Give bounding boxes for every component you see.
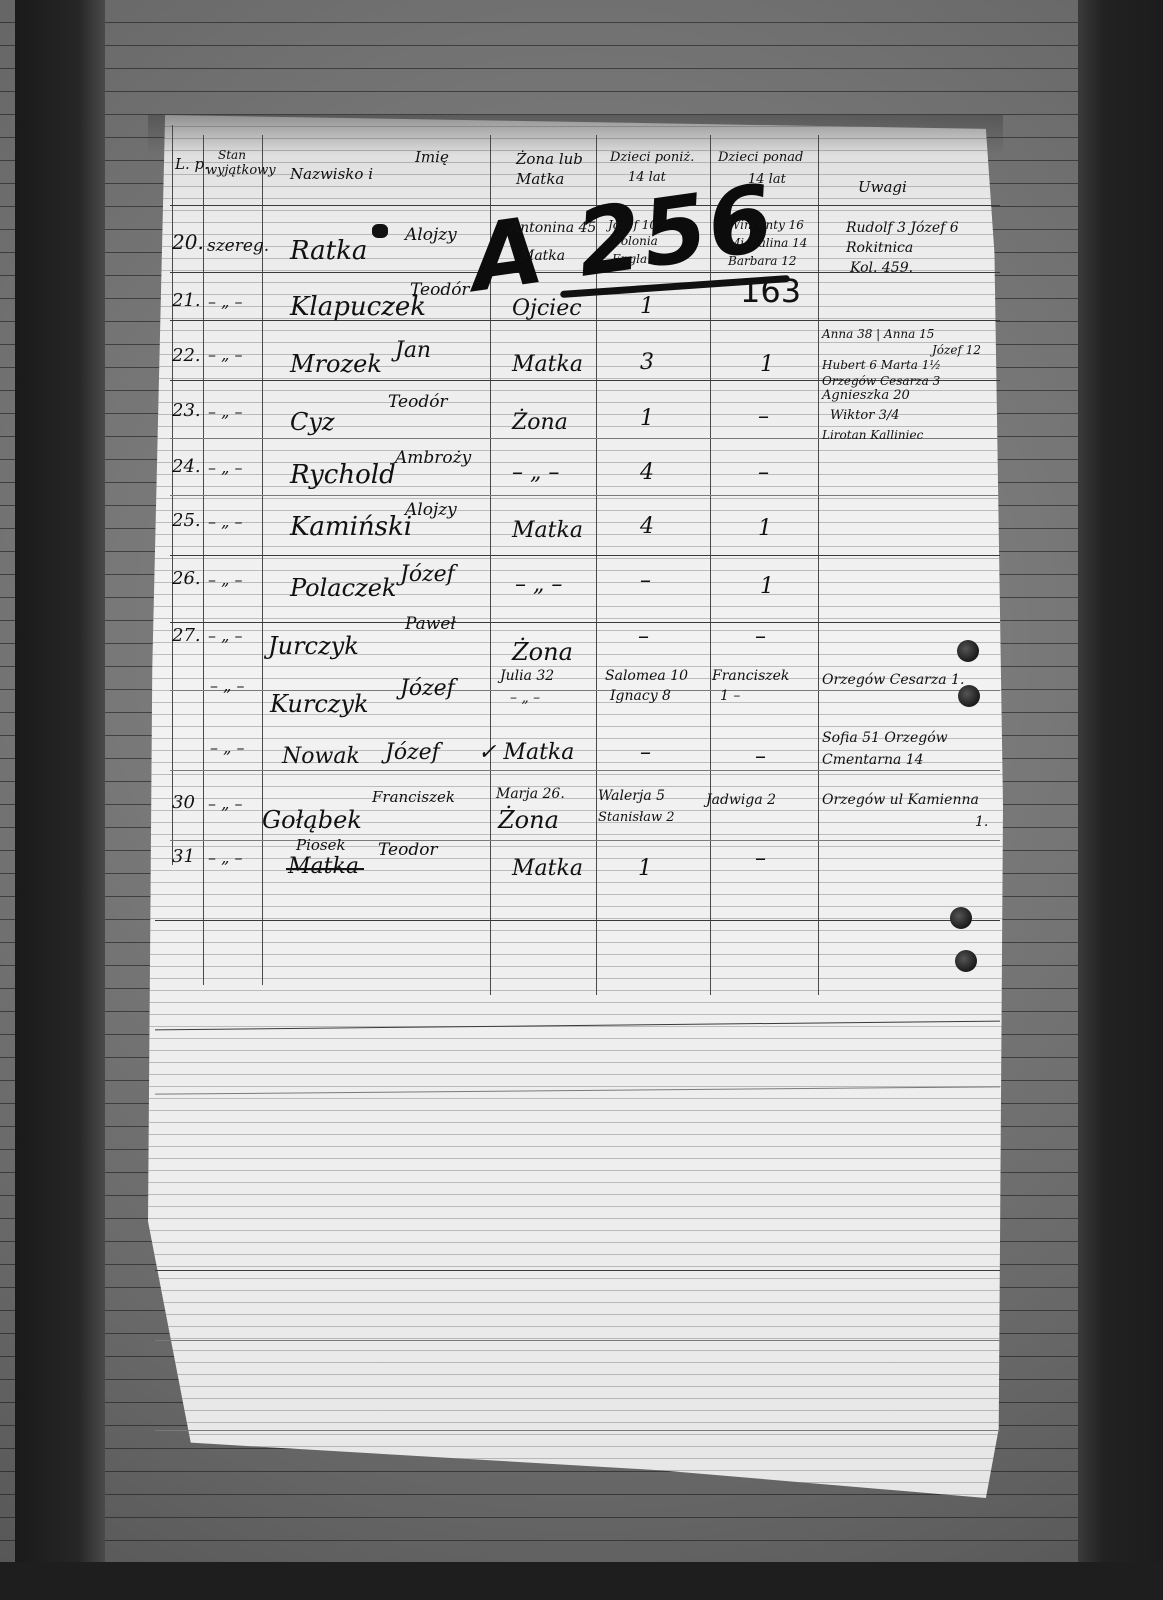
row-given: Alojzy [405, 500, 457, 520]
row-children-under: 1 [638, 856, 652, 881]
row-children-over: – [755, 846, 766, 871]
row-remarks: 1. [975, 814, 988, 830]
header-given: Imię [415, 148, 449, 166]
row-no: 20. [172, 230, 204, 254]
row-children-over: Michalina 14 [728, 236, 807, 250]
row-surname-struck: Matka [288, 854, 359, 879]
row-children-over: Wincenty 16 [728, 218, 804, 232]
row-no: 24. [172, 456, 201, 477]
row-children-under: 1 [640, 406, 654, 431]
row-status: – „ – [208, 570, 242, 589]
row-status: szereg. [207, 236, 269, 256]
header-no: L. p. [175, 155, 209, 173]
punch-hole [958, 685, 980, 707]
row-remarks: Wiktor 3/4 [830, 408, 900, 423]
row-given: Józef [400, 676, 455, 701]
row-no: 27. [172, 625, 201, 646]
row-remarks: Orzegów Cesarza 3 [822, 374, 940, 388]
row-status: – „ – [208, 458, 242, 477]
scan-shadow-right [1078, 0, 1163, 1600]
header-wife-top: Żona lub [516, 150, 583, 168]
row-rule [155, 1430, 1000, 1431]
row-surname: Rychold [290, 460, 396, 490]
column-rule [818, 135, 819, 995]
row-given: Józef [385, 740, 440, 765]
row-children-over: – [758, 460, 769, 485]
row-status: – „ – [208, 794, 242, 813]
row-children-under: Ignacy 8 [610, 688, 671, 704]
row-surname: Mrozek [290, 350, 382, 378]
row-children-under: – [638, 624, 649, 649]
header-surname: Nazwisko i [290, 165, 373, 183]
row-surname: Cyz [290, 408, 335, 436]
row-no: 23. [172, 400, 201, 421]
punch-hole [950, 907, 972, 929]
row-rule [170, 840, 1000, 841]
row-children-over: 1 [760, 574, 774, 599]
row-children-over: Franciszek [712, 668, 789, 684]
row-children-over: Barbara 12 [728, 254, 797, 268]
row-no: 22. [172, 345, 201, 366]
ink-blot [372, 224, 388, 238]
row-rule [170, 770, 1000, 771]
row-wife: Matka [520, 248, 565, 264]
row-rule [155, 1270, 1000, 1271]
row-children-under: Engla 5 [612, 252, 659, 266]
row-children-over: – [758, 404, 769, 429]
row-children-over: 1 – [720, 688, 740, 704]
row-status: – „ – [208, 402, 242, 421]
row-children-over: – [755, 624, 766, 649]
row-children-over: 1 [758, 516, 772, 541]
row-surname: Polaczek [290, 574, 396, 602]
row-remarks: Orzegów Cesarza 1. [822, 672, 964, 688]
row-children-under: 4 [640, 514, 654, 539]
row-status: – „ – [210, 738, 244, 757]
row-remarks: Sofia 51 Orzegów [822, 730, 948, 746]
row-wife: Żona [512, 638, 573, 666]
row-status: – „ – [210, 676, 244, 695]
row-surname: Piosek [296, 836, 346, 854]
row-children-under: Stanisław 2 [598, 810, 675, 825]
row-no: 31 [172, 846, 195, 867]
punch-hole [957, 640, 979, 662]
row-surname: Kurczyk [270, 690, 369, 718]
header-under-top: Dzieci poniż. [610, 150, 694, 165]
row-children-under: Salomea 10 [605, 668, 688, 684]
row-wife: Matka [512, 856, 583, 881]
row-surname: Ratka [290, 236, 367, 266]
row-no: 26. [172, 568, 201, 589]
row-no: 21. [172, 290, 201, 311]
row-given: Ambroży [395, 448, 471, 468]
row-children-under: 3 [640, 350, 654, 375]
row-rule [170, 495, 1000, 496]
row-remarks: Orzegów ul Kamienna [822, 792, 979, 808]
row-surname: Gołąbek [262, 806, 362, 834]
row-children-under: – [640, 740, 651, 765]
row-status: – „ – [208, 292, 242, 311]
row-status: – „ – [208, 626, 242, 645]
row-remarks: Józef 12 [932, 343, 981, 357]
row-remarks: Cmentarna 14 [822, 752, 924, 768]
row-surname: Nowak [282, 744, 360, 769]
row-wife: – „ – [510, 690, 540, 706]
header-status-top: Stan [218, 148, 246, 162]
row-wife: Matka [512, 518, 583, 543]
row-remarks: Rudolf 3 Józef 6 [846, 220, 959, 236]
column-rule [262, 135, 263, 985]
row-rule [155, 1340, 1000, 1341]
row-given: Alojzy [405, 225, 457, 245]
row-wife: Julia 32 [500, 668, 554, 684]
row-given: Teodór [410, 280, 470, 300]
row-wife: Matka [512, 352, 583, 377]
row-given: Jan [395, 338, 431, 363]
row-wife: – „ – [515, 572, 562, 597]
row-children-under: Walerja 5 [598, 788, 665, 804]
row-children-under: 4 [640, 460, 654, 485]
row-wife: Żona [498, 806, 559, 834]
row-surname: Kamiński [290, 512, 412, 542]
row-wife: ✓ Matka [478, 740, 574, 765]
page-number: 163 [740, 272, 801, 310]
row-status: – „ – [208, 512, 242, 531]
row-status: – „ – [208, 345, 242, 364]
row-given: Józef [400, 562, 455, 587]
row-wife: Żona [512, 410, 568, 435]
scan-shadow-left [15, 0, 105, 1600]
row-given: Teodór [388, 392, 448, 412]
row-wife: Antonina 45 [510, 220, 596, 236]
row-children-under: – [640, 568, 651, 593]
row-children-over: 1 [760, 352, 774, 377]
paper-fold-shadow [148, 115, 1003, 155]
header-over-top: Dzieci ponad [718, 150, 803, 165]
row-surname: Klapuczek [290, 292, 426, 322]
row-remarks: Kol. 459. [850, 260, 913, 276]
row-status: – „ – [208, 848, 242, 867]
row-wife: Ojciec [512, 296, 582, 321]
row-children-under: Bolonia [612, 234, 658, 248]
scan-shadow-bottom [0, 1562, 1163, 1600]
row-given: Paweł [405, 614, 456, 634]
header-wife-bottom: Matka [516, 170, 564, 188]
row-children-under: Józef 10 [608, 218, 657, 232]
row-children-over: – [755, 744, 766, 769]
row-remarks: Lirotan Kalliniec [822, 428, 923, 442]
row-remarks: Rokitnica [846, 240, 913, 256]
row-given: Teodor [378, 840, 438, 860]
row-children-over: Jadwiga 2 [706, 792, 776, 808]
header-status-bottom: wyjątkowy [206, 163, 276, 178]
header-remarks: Uwagi [858, 178, 907, 196]
column-rule [203, 135, 204, 985]
row-rule [170, 622, 1000, 623]
row-wife: – „ – [512, 460, 559, 485]
row-no: 30 [172, 792, 195, 813]
row-wife: Marja 26. [496, 786, 565, 802]
row-remarks: Hubert 6 Marta 1½ [822, 358, 941, 372]
row-rule [170, 555, 1000, 556]
row-no: 25. [172, 510, 201, 531]
row-given: Franciszek [372, 788, 455, 806]
row-surname: Jurczyk [268, 632, 359, 660]
row-remarks: Anna 38 | Anna 15 [822, 327, 934, 341]
strikethrough [286, 868, 364, 870]
row-children-under: 1 [640, 294, 654, 319]
punch-hole [955, 950, 977, 972]
row-remarks: Agnieszka 20 [822, 388, 910, 403]
row-rule [155, 920, 1000, 921]
